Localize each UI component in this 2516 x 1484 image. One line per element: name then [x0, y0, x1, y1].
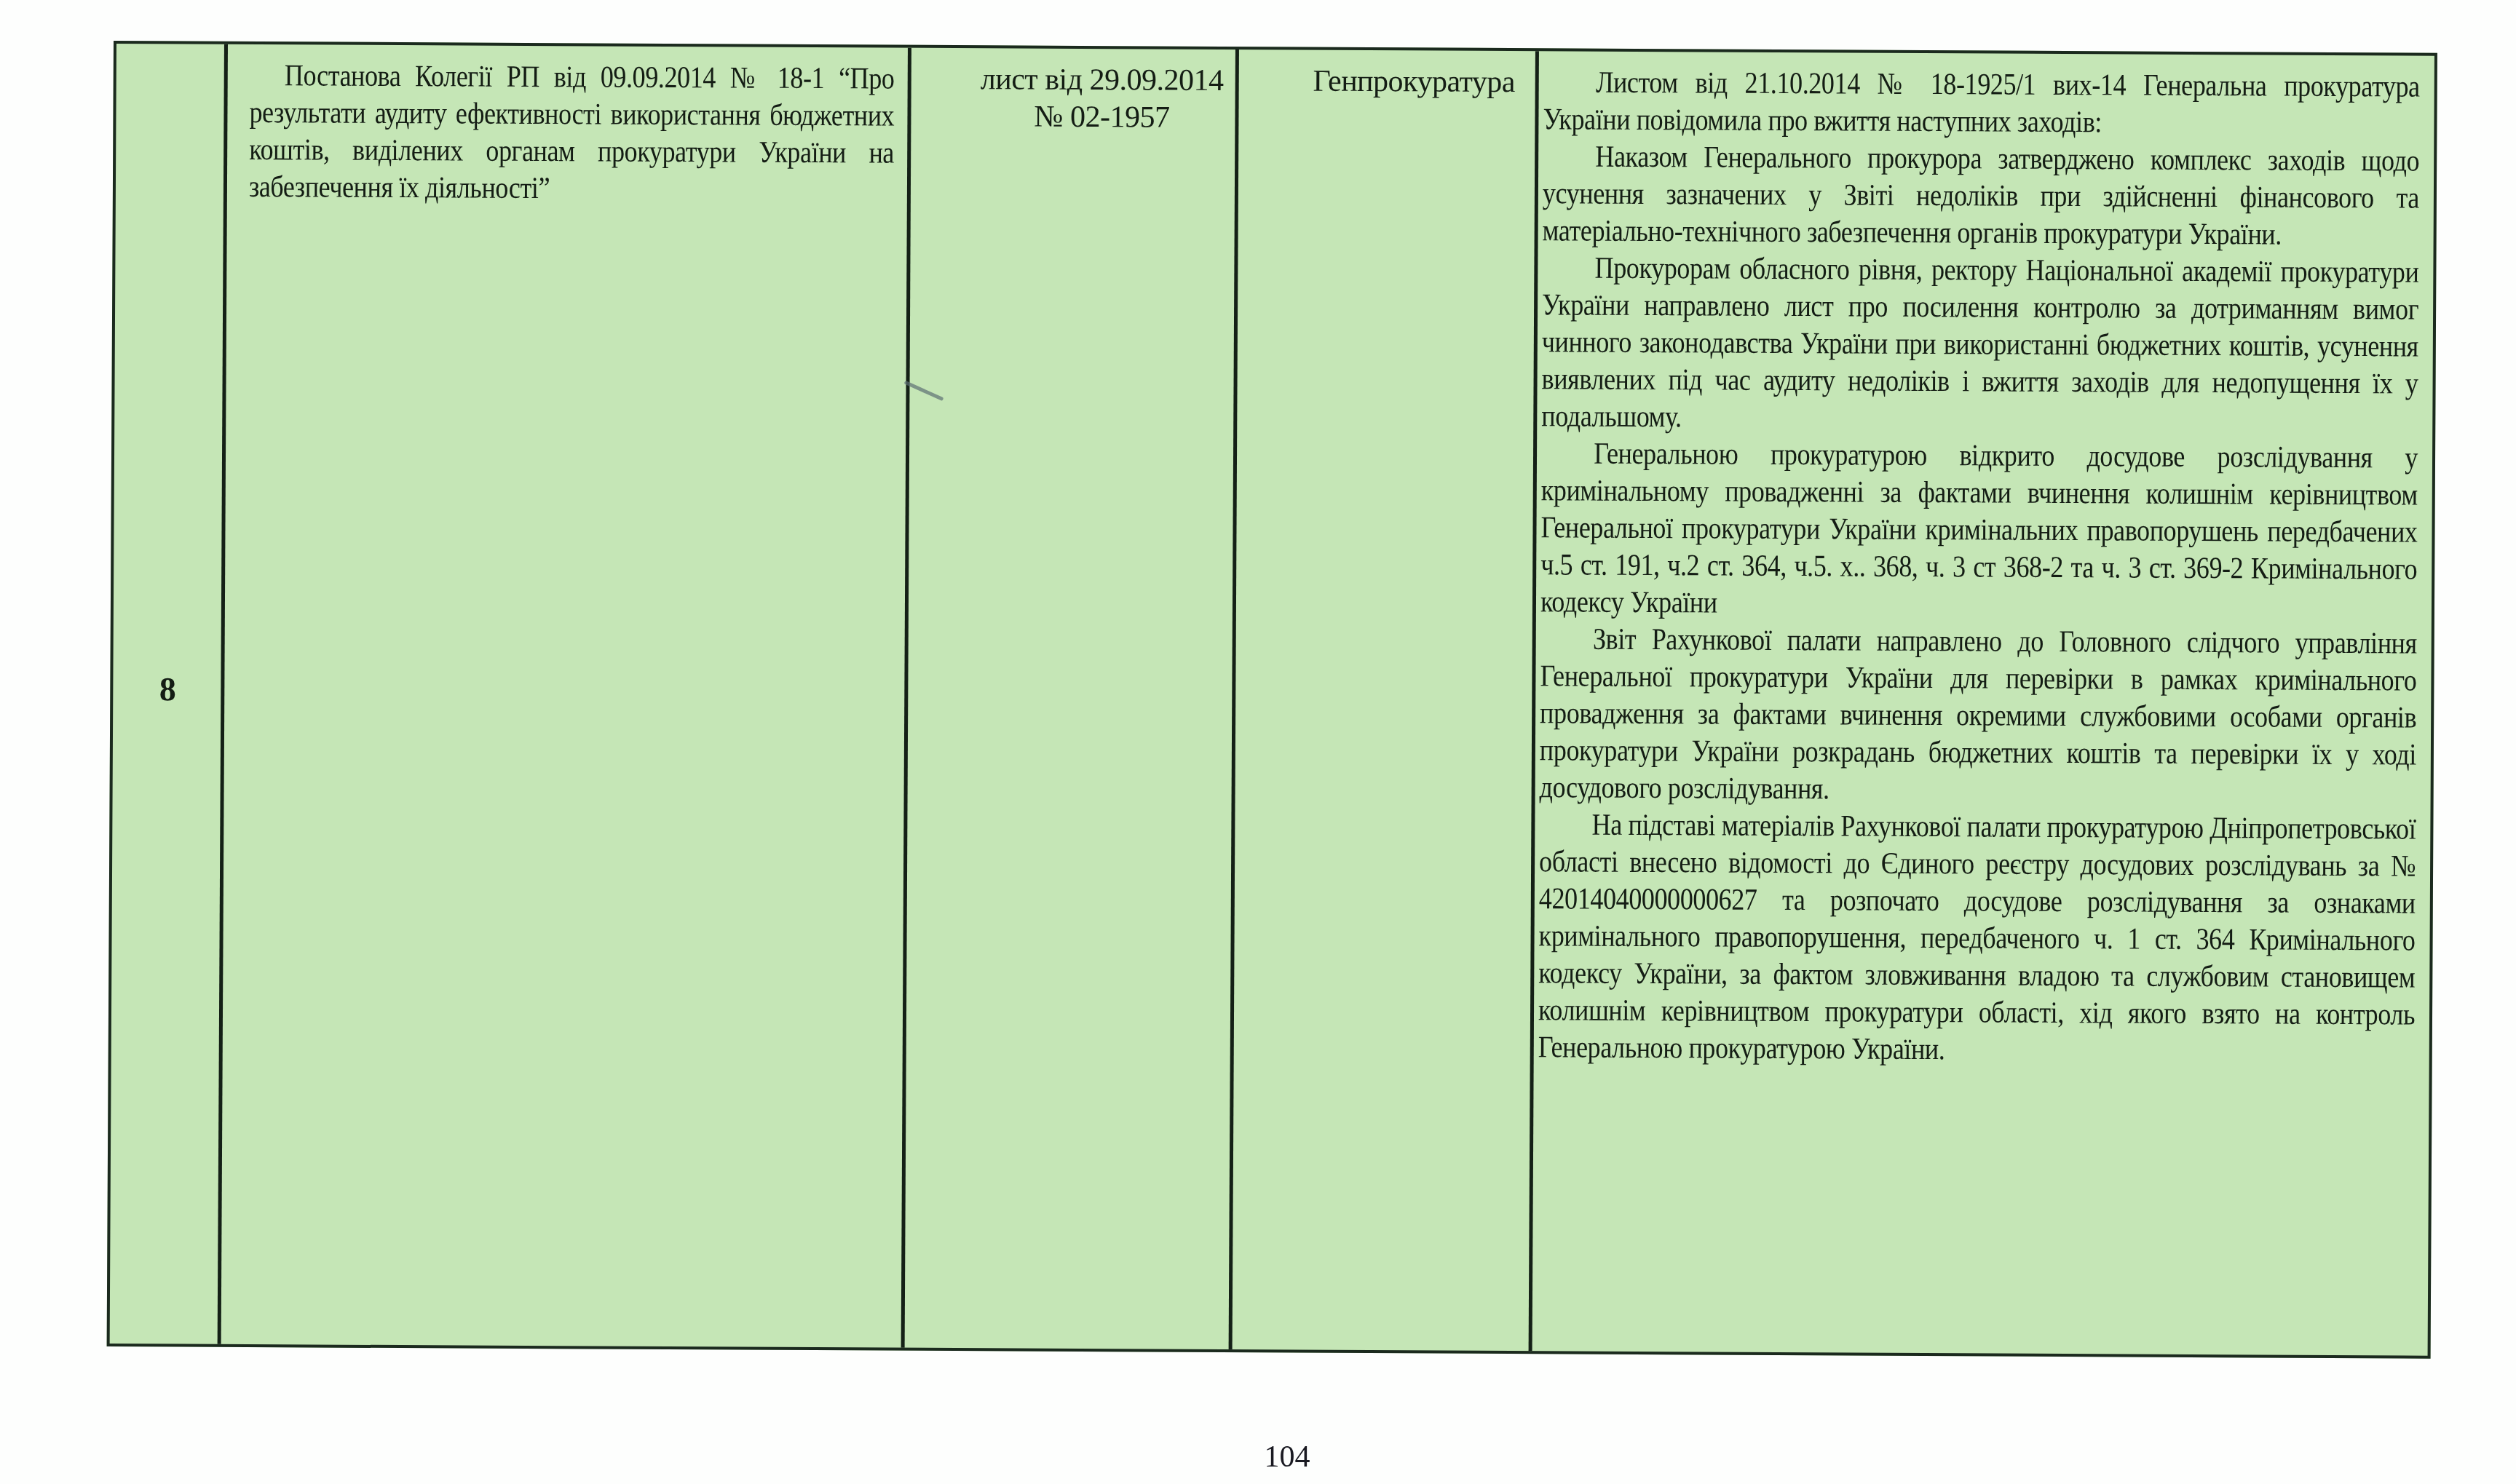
row-number: 8: [113, 670, 222, 709]
cell-response: Листом від 21.10.2014 № 18-1925/1 вих-14…: [1535, 51, 2434, 1355]
page-number: 104: [0, 1440, 2516, 1475]
decision-text: Постанова Колегії РП від 09.09.2014 № 18…: [249, 57, 895, 210]
letter-number: № 02-1957: [913, 98, 1290, 138]
response-paragraph: Генеральною прокуратурою відкрито досудо…: [1540, 435, 2418, 625]
cell-recipient: Генпрокуратура: [1235, 49, 1538, 1351]
response-paragraph: Наказом Генерального прокурора затвердже…: [1543, 138, 2420, 254]
response-paragraph: На підставі матеріалів Рахункової палати…: [1538, 806, 2416, 1071]
response-paragraph: Прокурорам обласного рівня, ректору Наці…: [1541, 250, 2418, 440]
cell-row-number: 8: [110, 44, 226, 1344]
cell-letter: лист від 29.09.2014 № 02-1957: [907, 48, 1238, 1349]
response-paragraph: Листом від 21.10.2014 № 18-1925/1 вих-14…: [1543, 64, 2420, 143]
letter-date: лист від 29.09.2014: [914, 61, 1291, 100]
response-paragraph: Звіт Рахункової палати направлено до Гол…: [1540, 621, 2417, 811]
cell-decision: Постанова Колегії РП від 09.09.2014 № 18…: [223, 44, 910, 1348]
letter-text: лист від 29.09.2014 № 02-1957: [913, 61, 1291, 138]
response-text: Листом від 21.10.2014 № 18-1925/1 вих-14…: [1538, 64, 2420, 1071]
report-table-row: 8 Постанова Колегії РП від 09.09.2014 № …: [107, 41, 2437, 1359]
